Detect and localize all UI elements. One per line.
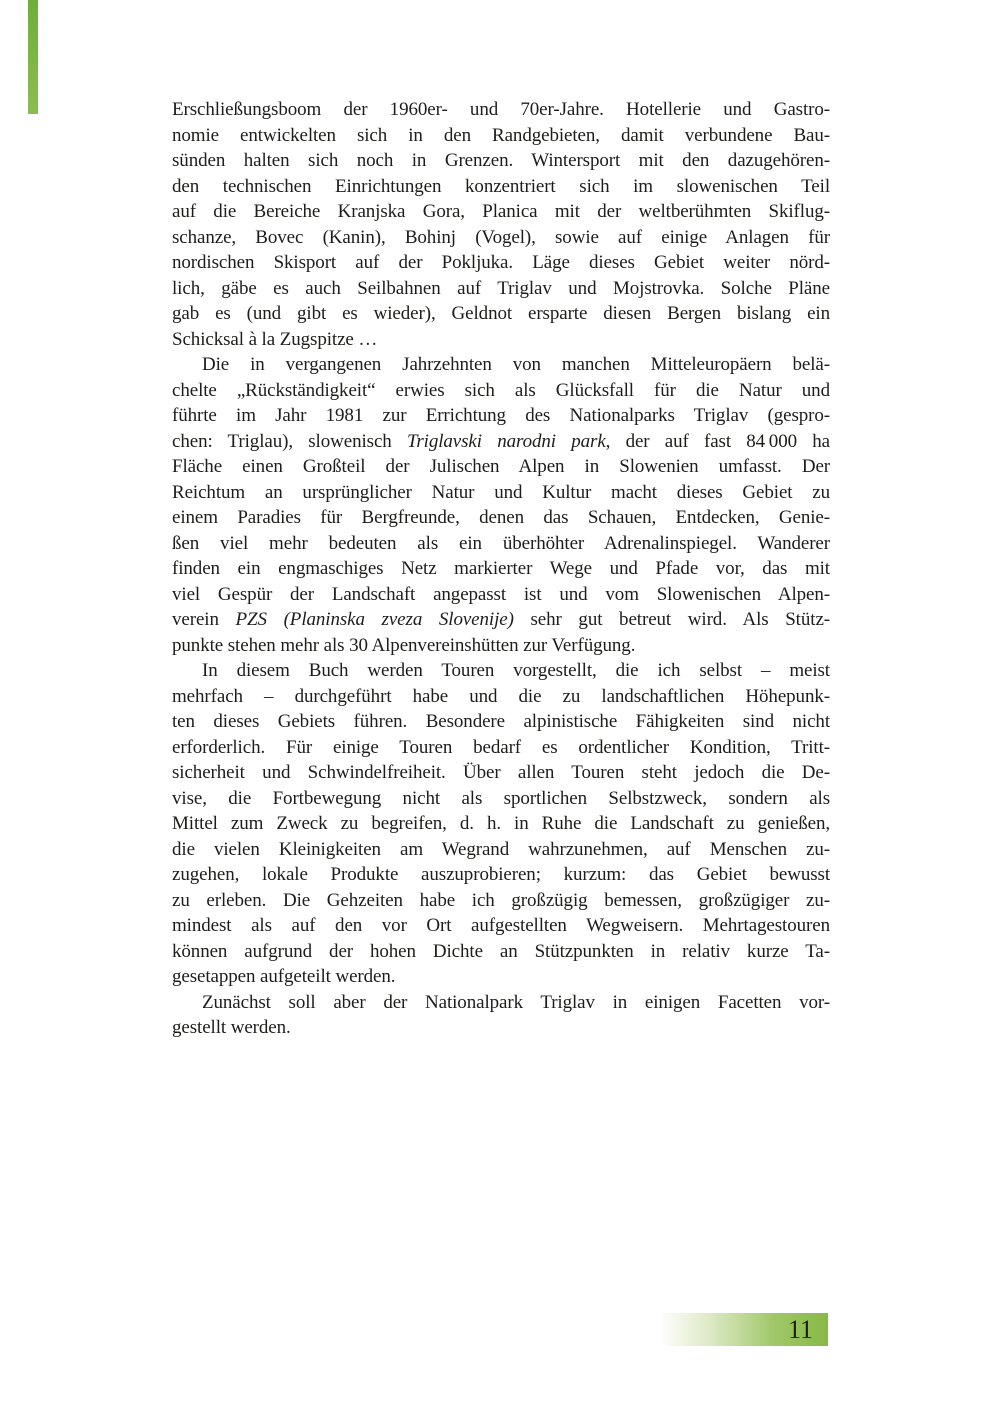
- text-line: schanze, Bovec (Kanin), Bohinj (Vogel), …: [172, 225, 830, 251]
- text-line: können aufgrund der hohen Dichte an Stüt…: [172, 939, 830, 965]
- text-line: die vielen Kleinigkeiten am Wegrand wahr…: [172, 837, 830, 863]
- text-line: verein PZS (Planinska zveza Slovenije) s…: [172, 607, 830, 633]
- text-line: nordischen Skisport auf der Pokljuka. Lä…: [172, 250, 830, 276]
- paragraph: In diesem Buch werden Touren vorgestellt…: [172, 658, 830, 990]
- text-line: Schicksal à la Zugspitze …: [172, 327, 830, 353]
- text-line: In diesem Buch werden Touren vorgestellt…: [172, 658, 830, 684]
- text-line: mindest als auf den vor Ort aufgestellte…: [172, 913, 830, 939]
- page-number: 11: [788, 1317, 813, 1343]
- body-text: Erschließungsboom der 1960er- und 70er-J…: [172, 97, 830, 1041]
- text-line: zugehen, lokale Produkte auszuprobieren;…: [172, 862, 830, 888]
- text-line: ßen viel mehr bedeuten als ein überhöhte…: [172, 531, 830, 557]
- text-line: auf die Bereiche Kranjska Gora, Planica …: [172, 199, 830, 225]
- text-line: führte im Jahr 1981 zur Errichtung des N…: [172, 403, 830, 429]
- text-line: den technischen Einrichtungen konzentrie…: [172, 174, 830, 200]
- text-line: Reichtum an ursprünglicher Natur und Kul…: [172, 480, 830, 506]
- text-line: Erschließungsboom der 1960er- und 70er-J…: [172, 97, 830, 123]
- page-edge-accent-bar: [28, 0, 38, 114]
- text-line: einem Paradies für Bergfreunde, denen da…: [172, 505, 830, 531]
- text-line: gestellt werden.: [172, 1015, 830, 1041]
- text-line: punkte stehen mehr als 30 Alpenvereinshü…: [172, 633, 830, 659]
- text-line: sicherheit und Schwindelfreiheit. Über a…: [172, 760, 830, 786]
- paragraph: Zunächst soll aber der Nationalpark Trig…: [172, 990, 830, 1041]
- paragraph: Erschließungsboom der 1960er- und 70er-J…: [172, 97, 830, 352]
- paragraph: Die in vergangenen Jahrzehnten von manch…: [172, 352, 830, 658]
- text-line: chen: Triglau), slowenisch Triglavski na…: [172, 429, 830, 455]
- text-line: mehrfach – durchgeführt habe und die zu …: [172, 684, 830, 710]
- text-line: erforderlich. Für einige Touren bedarf e…: [172, 735, 830, 761]
- text-line: gesetappen aufgeteilt werden.: [172, 964, 830, 990]
- page-number-bar: 11: [661, 1313, 828, 1346]
- text-line: zu erleben. Die Gehzeiten habe ich großz…: [172, 888, 830, 914]
- text-line: vise, die Fortbewegung nicht als sportli…: [172, 786, 830, 812]
- text-line: chelte „Rückständigkeit“ erwies sich als…: [172, 378, 830, 404]
- text-line: gab es (und gibt es wieder), Geldnot ers…: [172, 301, 830, 327]
- text-line: viel Gespür der Landschaft angepasst ist…: [172, 582, 830, 608]
- text-line: Fläche einen Großteil der Julischen Alpe…: [172, 454, 830, 480]
- text-line: Die in vergangenen Jahrzehnten von manch…: [172, 352, 830, 378]
- text-line: Zunächst soll aber der Nationalpark Trig…: [172, 990, 830, 1016]
- text-line: finden ein engmaschiges Netz markierter …: [172, 556, 830, 582]
- text-line: Mittel zum Zweck zu begreifen, d. h. in …: [172, 811, 830, 837]
- text-line: nomie entwickelten sich in den Randgebie…: [172, 123, 830, 149]
- text-line: sünden halten sich noch in Grenzen. Wint…: [172, 148, 830, 174]
- text-line: ten dieses Gebiets führen. Besondere alp…: [172, 709, 830, 735]
- text-line: lich, gäbe es auch Seilbahnen auf Trigla…: [172, 276, 830, 302]
